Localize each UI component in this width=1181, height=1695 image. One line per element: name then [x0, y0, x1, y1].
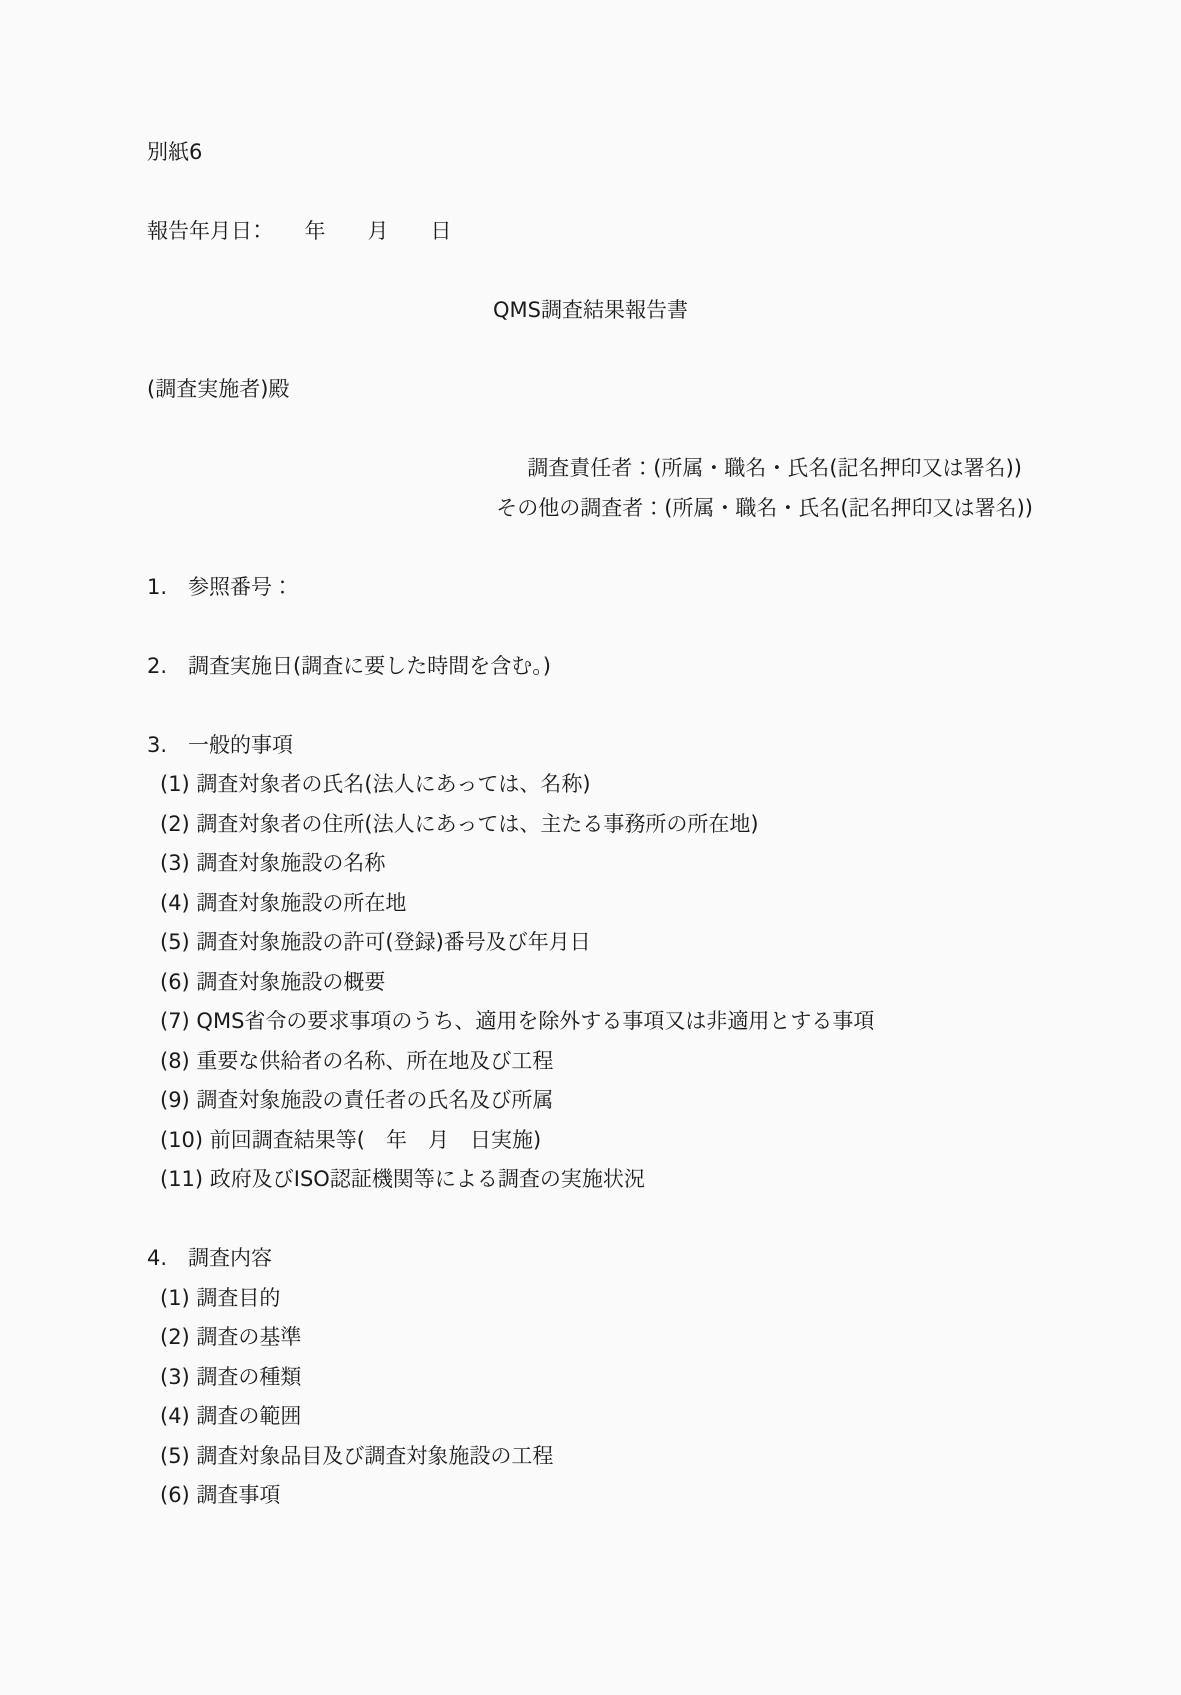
blank-line	[147, 410, 1181, 450]
list-item: (5) 調査対象施設の許可(登録)番号及び年月日	[160, 923, 1181, 963]
report-date-line: 報告年月日： 年 月 日	[147, 212, 1181, 252]
section-heading-survey-content: 4. 調査内容	[147, 1239, 1181, 1279]
addressee-line: (調査実施者)殿	[147, 370, 1181, 410]
document-title: QMS調査結果報告書	[0, 291, 1181, 331]
list-item: (1) 調査対象者の氏名(法人にあっては、名称)	[160, 765, 1181, 805]
blank-line	[147, 686, 1181, 726]
list-item: (7) QMS省令の要求事項のうち、適用を除外する事項又は非適用とする事項	[160, 1002, 1181, 1042]
list-item: (3) 調査の種類	[160, 1358, 1181, 1398]
signature-line-lead-investigator: 調査責任者：(所属・職名・氏名(記名押印又は署名))	[147, 449, 1181, 489]
list-item: (9) 調査対象施設の責任者の氏名及び所属	[160, 1081, 1181, 1121]
list-item: (2) 調査の基準	[160, 1318, 1181, 1358]
blank-line	[147, 528, 1181, 568]
blank-line	[147, 607, 1181, 647]
list-item: (4) 調査対象施設の所在地	[160, 884, 1181, 924]
list-item: (11) 政府及びISO認証機関等による調査の実施状況	[160, 1160, 1181, 1200]
list-item: (3) 調査対象施設の名称	[160, 844, 1181, 884]
list-item: (5) 調査対象品目及び調査対象施設の工程	[160, 1437, 1181, 1477]
attachment-label: 別紙6	[147, 133, 1181, 173]
blank-line	[147, 1200, 1181, 1240]
list-item: (10) 前回調査結果等( 年 月 日実施)	[160, 1121, 1181, 1161]
list-item: (2) 調査対象者の住所(法人にあっては、主たる事務所の所在地)	[160, 805, 1181, 845]
list-item: (8) 重要な供給者の名称、所在地及び工程	[160, 1042, 1181, 1082]
list-item: (4) 調査の範囲	[160, 1397, 1181, 1437]
blank-line	[147, 252, 1181, 292]
blank-line	[147, 331, 1181, 371]
section-heading-survey-date: 2. 調査実施日(調査に要した時間を含む。)	[147, 647, 1181, 687]
blank-line	[147, 173, 1181, 213]
document-page: 別紙6 報告年月日： 年 月 日 QMS調査結果報告書 (調査実施者)殿 調査責…	[0, 0, 1181, 1695]
signature-line-other-investigators: その他の調査者：(所属・職名・氏名(記名押印又は署名))	[147, 489, 1181, 529]
section-heading-general-matters: 3. 一般的事項	[147, 726, 1181, 766]
section-heading-reference-number: 1. 参照番号：	[147, 568, 1181, 608]
list-item: (1) 調査目的	[160, 1279, 1181, 1319]
list-item: (6) 調査事項	[160, 1476, 1181, 1516]
list-item: (6) 調査対象施設の概要	[160, 963, 1181, 1003]
